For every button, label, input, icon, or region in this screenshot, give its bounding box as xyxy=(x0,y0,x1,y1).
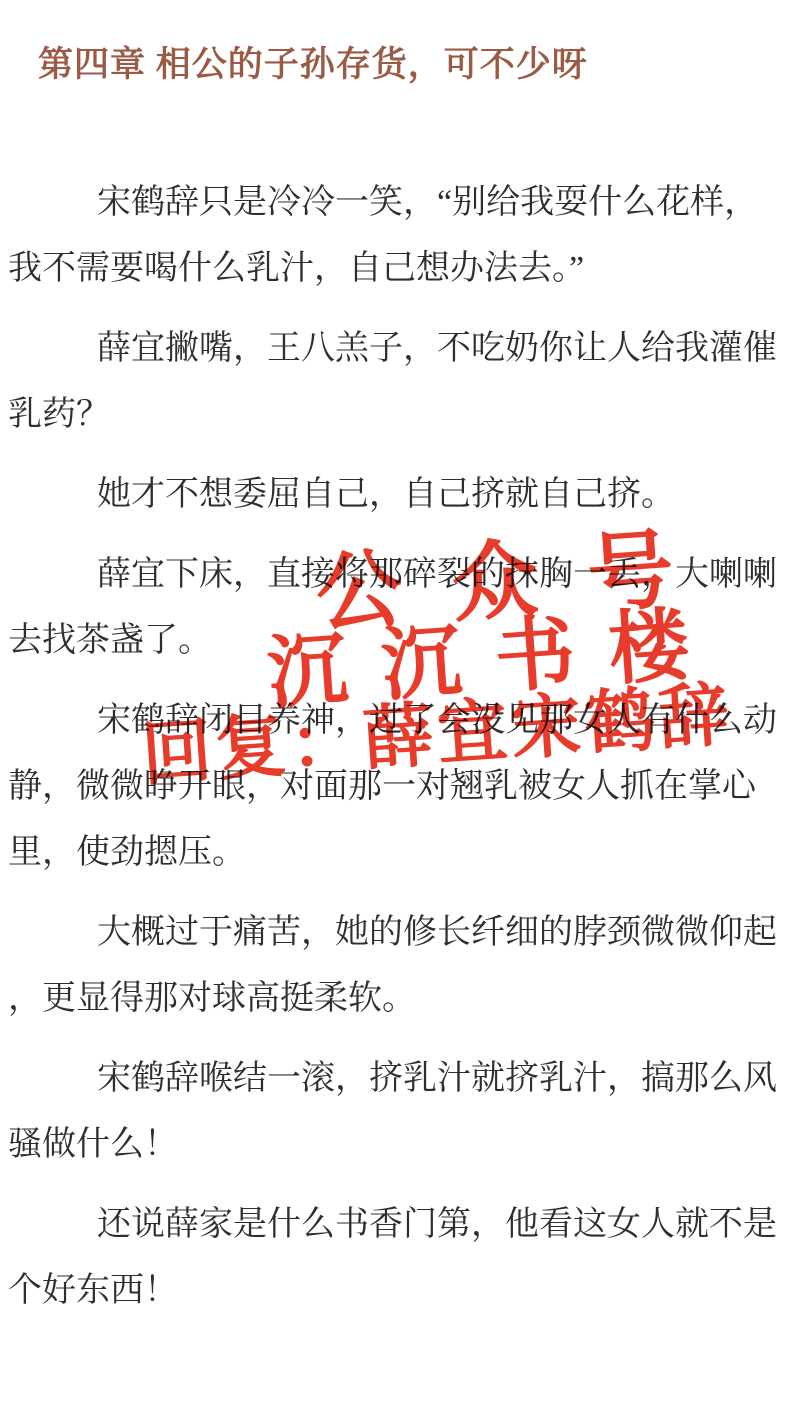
paragraph: 大概过于痛苦，她的修长纤细的脖颈微微仰起，更显得那对球高挺柔软。 xyxy=(8,900,780,1032)
paragraph: 宋鹤辞闭目养神，过了会没见那女人有什么动静，微微睁开眼，对面那一对翘乳被女人抓在… xyxy=(8,688,780,886)
novel-reader-page: 第四章 相公的子孙存货，可不少呀 宋鹤辞只是冷冷一笑，“别给我耍什么花样，我不需… xyxy=(0,0,800,1422)
chapter-body: 宋鹤辞只是冷冷一笑，“别给我耍什么花样，我不需要喝什么乳汁，自己想办法去。”薛宜… xyxy=(0,170,780,1324)
paragraph: 薛宜撇嘴，王八羔子，不吃奶你让人给我灌催乳药？ xyxy=(8,316,780,448)
paragraph: 薛宜下床，直接将那碎裂的抹胸一丢，大喇喇去找茶盏了。 xyxy=(8,542,780,674)
paragraph: 还说薛家是什么书香门第，他看这女人就不是个好东西！ xyxy=(8,1192,780,1324)
paragraph: 她才不想委屈自己，自己挤就自己挤。 xyxy=(8,462,780,528)
paragraph: 宋鹤辞喉结一滚，挤乳汁就挤乳汁，搞那么风骚做什么！ xyxy=(8,1046,780,1178)
chapter-title: 第四章 相公的子孙存货，可不少呀 xyxy=(0,0,800,86)
paragraph: 宋鹤辞只是冷冷一笑，“别给我耍什么花样，我不需要喝什么乳汁，自己想办法去。” xyxy=(8,170,780,302)
